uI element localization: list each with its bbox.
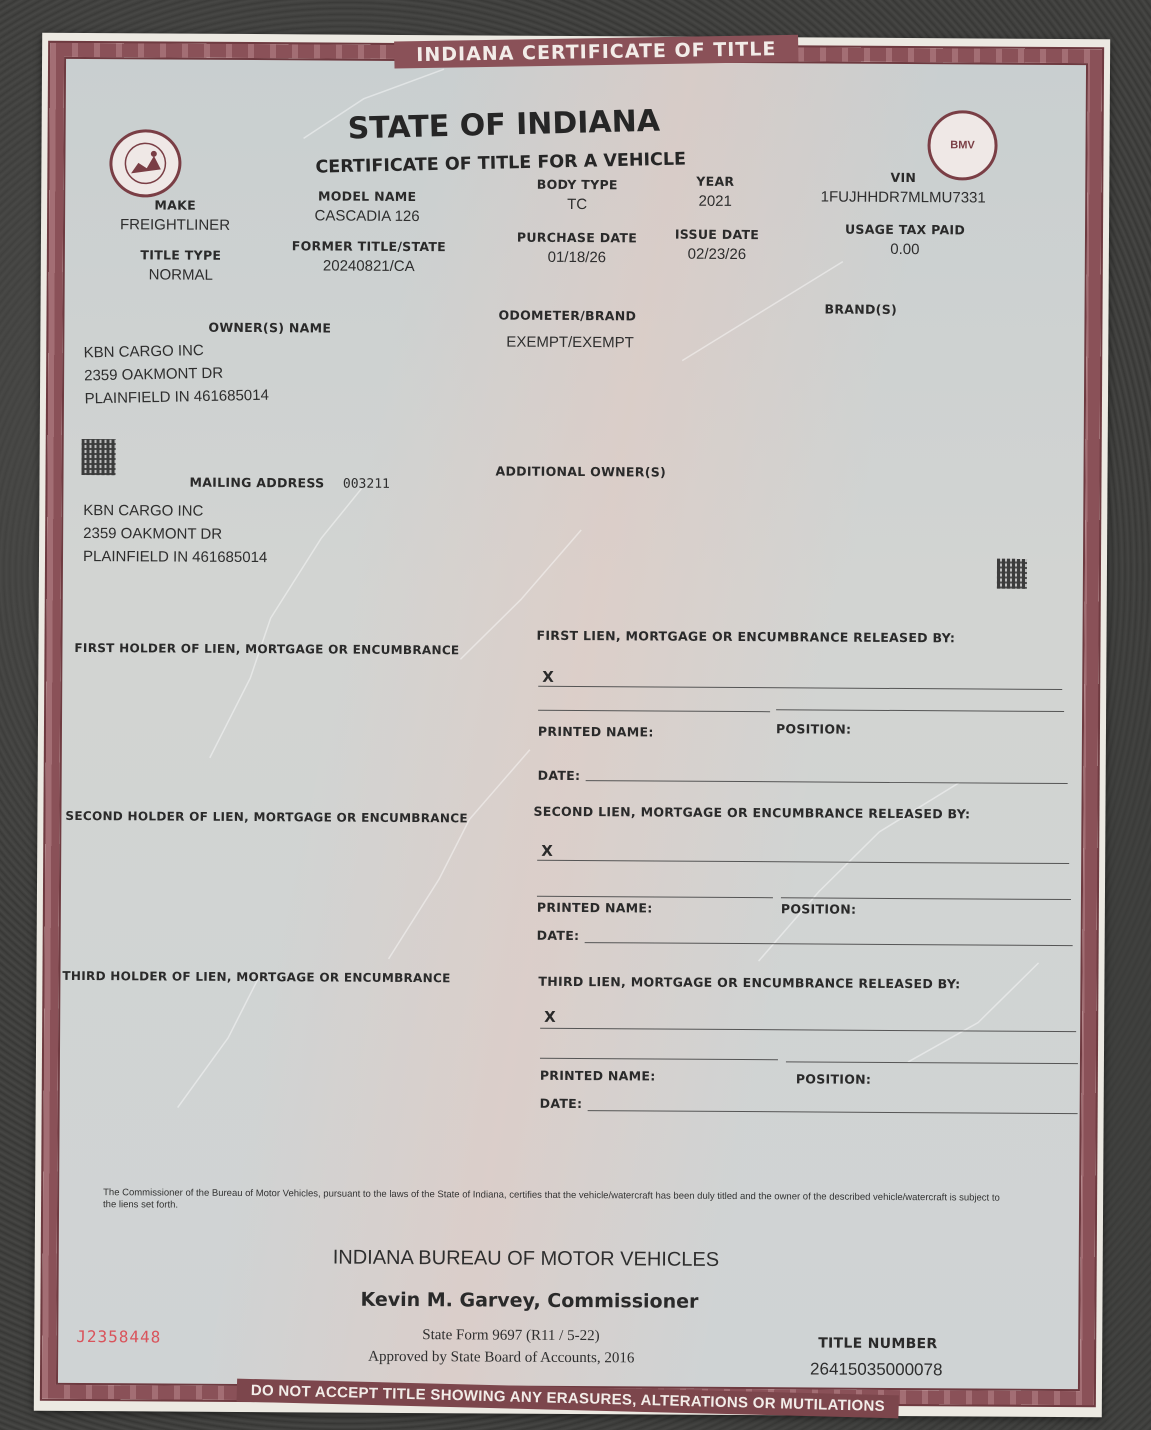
lien1-position-label: POSITION:: [776, 721, 851, 736]
lien3-signature-line[interactable]: [540, 1028, 1076, 1032]
field-usage-tax: USAGE TAX PAID 0.00: [845, 222, 965, 259]
barcode-icon: [997, 559, 1027, 589]
lien1-printed-name-line[interactable]: [538, 710, 770, 712]
lien1-date-line[interactable]: [586, 780, 1068, 784]
body-type-label: BODY TYPE: [537, 177, 618, 192]
odometer-label: ODOMETER/BRAND: [498, 308, 636, 324]
lien2-printed-name-label: PRINTED NAME:: [537, 900, 653, 916]
mailing-label: MAILING ADDRESS: [189, 475, 324, 491]
lien2-sign-mark[interactable]: X: [541, 842, 553, 860]
page-subtitle: CERTIFICATE OF TITLE FOR A VEHICLE: [315, 150, 686, 178]
state-seal-icon: [107, 127, 183, 199]
banner-top: INDIANA CERTIFICATE OF TITLE: [394, 35, 798, 69]
lien3-release-label: THIRD LIEN, MORTGAGE OR ENCUMBRANCE RELE…: [538, 974, 960, 992]
title-certificate: INDIANA CERTIFICATE OF TITLE BMV STATE O…: [34, 33, 1110, 1417]
lien2-position-label: POSITION:: [781, 901, 856, 916]
year-label: YEAR: [696, 174, 734, 189]
lien2-date-line[interactable]: [585, 942, 1073, 946]
lien1-signature-line[interactable]: [538, 686, 1062, 690]
form-number: State Form 9697 (R11 / 5-22): [422, 1327, 599, 1345]
control-number: J2358448: [76, 1327, 161, 1347]
vin-label: VIN: [821, 170, 986, 186]
lien1-position-line[interactable]: [776, 709, 1064, 712]
field-vin: VIN 1FUJHHDR7MLMU7331: [821, 170, 986, 207]
approval-text: Approved by State Board of Accounts, 201…: [368, 1349, 634, 1368]
agency-name: INDIANA BUREAU OF MOTOR VEHICLES: [333, 1247, 720, 1272]
title-number-label: TITLE NUMBER: [818, 1336, 937, 1353]
lien3-printed-name-label: PRINTED NAME:: [540, 1068, 656, 1084]
page-title: STATE OF INDIANA: [347, 104, 660, 147]
title-type-label: TITLE TYPE: [140, 247, 221, 262]
owner-line: PLAINFIELD IN 461685014: [84, 384, 269, 411]
lien2-position-line[interactable]: [781, 897, 1071, 900]
lien3-position-label: POSITION:: [796, 1071, 871, 1086]
make-label: MAKE: [120, 197, 230, 213]
title-number-value: 26415035000078: [810, 1359, 942, 1380]
lien1-release-label: FIRST LIEN, MORTGAGE OR ENCUMBRANCE RELE…: [537, 628, 956, 646]
issue-date-label: ISSUE DATE: [675, 227, 759, 243]
owner-label: OWNER(S) NAME: [208, 320, 331, 336]
lien2-release-label: SECOND LIEN, MORTGAGE OR ENCUMBRANCE REL…: [533, 804, 970, 822]
field-make: MAKE FREIGHTLINER: [120, 197, 230, 234]
purchase-date-label: PURCHASE DATE: [517, 230, 637, 246]
barcode-icon: [82, 439, 116, 475]
lien1-holder-label: FIRST HOLDER OF LIEN, MORTGAGE OR ENCUMB…: [74, 641, 459, 657]
lien1-printed-name-label: PRINTED NAME:: [538, 724, 654, 740]
year-value: 2021: [696, 193, 734, 210]
mailing-header: MAILING ADDRESS 003211: [189, 474, 390, 493]
state-seal-graphic: [119, 139, 172, 188]
lien2-printed-name-line[interactable]: [537, 896, 773, 898]
field-year: YEAR 2021: [696, 174, 734, 210]
lien3-holder-label: THIRD HOLDER OF LIEN, MORTGAGE OR ENCUMB…: [62, 969, 450, 985]
model-value: CASCADIA 126: [315, 207, 420, 225]
banner-bottom: DO NOT ACCEPT TITLE SHOWING ANY ERASURES…: [237, 1379, 900, 1419]
odometer-value: EXEMPT/EXEMPT: [506, 334, 634, 352]
field-body-type: BODY TYPE TC: [537, 177, 618, 213]
former-title-label: FORMER TITLE/STATE: [292, 238, 446, 254]
certificate-frame: INDIANA CERTIFICATE OF TITLE BMV STATE O…: [42, 43, 1102, 1405]
title-type-value: NORMAL: [140, 266, 221, 283]
lien3-sign-mark[interactable]: X: [544, 1008, 556, 1026]
mailing-code: 003211: [343, 477, 390, 492]
lien3-position-line[interactable]: [786, 1061, 1078, 1064]
make-value: FREIGHTLINER: [120, 216, 230, 234]
former-title-value: 20240821/CA: [292, 257, 446, 275]
legal-text: The Commissioner of the Bureau of Motor …: [103, 1187, 1003, 1216]
brands-label: BRAND(S): [824, 302, 897, 317]
issue-date-value: 02/23/26: [675, 246, 759, 264]
bmv-seal-text: BMV: [950, 139, 975, 151]
lien1-sign-mark[interactable]: X: [542, 668, 554, 686]
lien3-date-label: DATE:: [540, 1096, 583, 1111]
body-type-value: TC: [537, 196, 618, 213]
lien3-date-line[interactable]: [588, 1110, 1078, 1114]
field-model: MODEL NAME CASCADIA 126: [315, 188, 420, 225]
commissioner-name: Kevin M. Garvey, Commissioner: [360, 1289, 698, 1313]
model-label: MODEL NAME: [315, 188, 420, 204]
mailing-line: PLAINFIELD IN 461685014: [83, 545, 267, 569]
lien2-signature-line[interactable]: [537, 860, 1069, 864]
vin-value: 1FUJHHDR7MLMU7331: [821, 189, 986, 207]
lien3-printed-name-line[interactable]: [540, 1058, 778, 1060]
additional-owners-label: ADDITIONAL OWNER(S): [496, 464, 667, 480]
field-purchase-date: PURCHASE DATE 01/18/26: [517, 230, 637, 267]
usage-tax-value: 0.00: [845, 241, 965, 259]
mailing-line: KBN CARGO INC: [83, 499, 267, 523]
usage-tax-label: USAGE TAX PAID: [845, 222, 965, 238]
field-former-title: FORMER TITLE/STATE 20240821/CA: [292, 238, 446, 275]
lien2-holder-label: SECOND HOLDER OF LIEN, MORTGAGE OR ENCUM…: [65, 809, 468, 825]
purchase-date-value: 01/18/26: [517, 249, 637, 267]
field-title-type: TITLE TYPE NORMAL: [140, 247, 221, 283]
owner-address: KBN CARGO INC 2359 OAKMONT DR PLAINFIELD…: [83, 338, 269, 411]
mailing-address: KBN CARGO INC 2359 OAKMONT DR PLAINFIELD…: [83, 499, 268, 569]
field-issue-date: ISSUE DATE 02/23/26: [675, 227, 759, 264]
lien1-date-label: DATE:: [538, 768, 581, 783]
mailing-line: 2359 OAKMONT DR: [83, 522, 267, 546]
lien2-date-label: DATE:: [537, 928, 580, 943]
